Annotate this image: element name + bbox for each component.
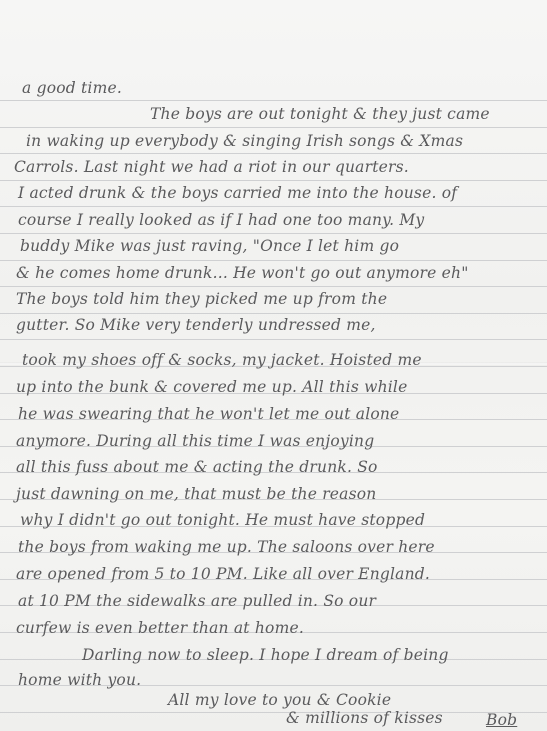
letter-line: home with you. [18,670,547,690]
letter-line: just dawning on me, that must be the rea… [16,484,547,504]
letter-line: the boys from waking me up. The saloons … [18,537,547,557]
letter-line: up into the bunk & covered me up. All th… [16,377,547,397]
rule-line [0,286,547,287]
letter-line: The boys told him they picked me up from… [16,289,547,309]
rule-line [0,180,547,181]
letter-line: & he comes home drunk... He won't go out… [16,263,547,283]
letter-line: course I really looked as if I had one t… [18,210,547,230]
letter-line: in waking up everybody & singing Irish s… [26,131,547,151]
rule-line [0,153,547,154]
rule-line [0,206,547,207]
signature: Bob [486,710,547,730]
closing-line: All my love to you & Cookie [168,690,547,710]
letter-line: at 10 PM the sidewalks are pulled in. So… [18,591,547,611]
letter-line: The boys are out tonight & they just cam… [150,104,547,124]
rule-line [0,233,547,234]
letter-line: curfew is even better than at home. [16,618,547,638]
letter-line: gutter. So Mike very tenderly undressed … [16,315,547,335]
letter-line: anymore. During all this time I was enjo… [16,431,547,451]
rule-line [0,127,547,128]
letter-line: a good time. [22,78,547,98]
letter-line: Carrols. Last night we had a riot in our… [14,157,547,177]
rule-line [0,260,547,261]
rule-line [0,313,547,314]
letter-line: I acted drunk & the boys carried me into… [18,183,547,203]
letter-line: all this fuss about me & acting the drun… [16,457,547,477]
rule-line [0,339,547,340]
letter-line: Darling now to sleep. I hope I dream of … [82,645,547,665]
letter-line: why I didn't go out tonight. He must hav… [20,510,547,530]
letter-line: he was swearing that he won't let me out… [18,404,547,424]
letter-page: a good time. The boys are out tonight & … [0,0,547,731]
letter-line: are opened from 5 to 10 PM. Like all ove… [16,564,547,584]
rule-line [0,100,547,101]
letter-line: took my shoes off & socks, my jacket. Ho… [22,350,547,370]
letter-line: buddy Mike was just raving, "Once I let … [20,236,547,256]
